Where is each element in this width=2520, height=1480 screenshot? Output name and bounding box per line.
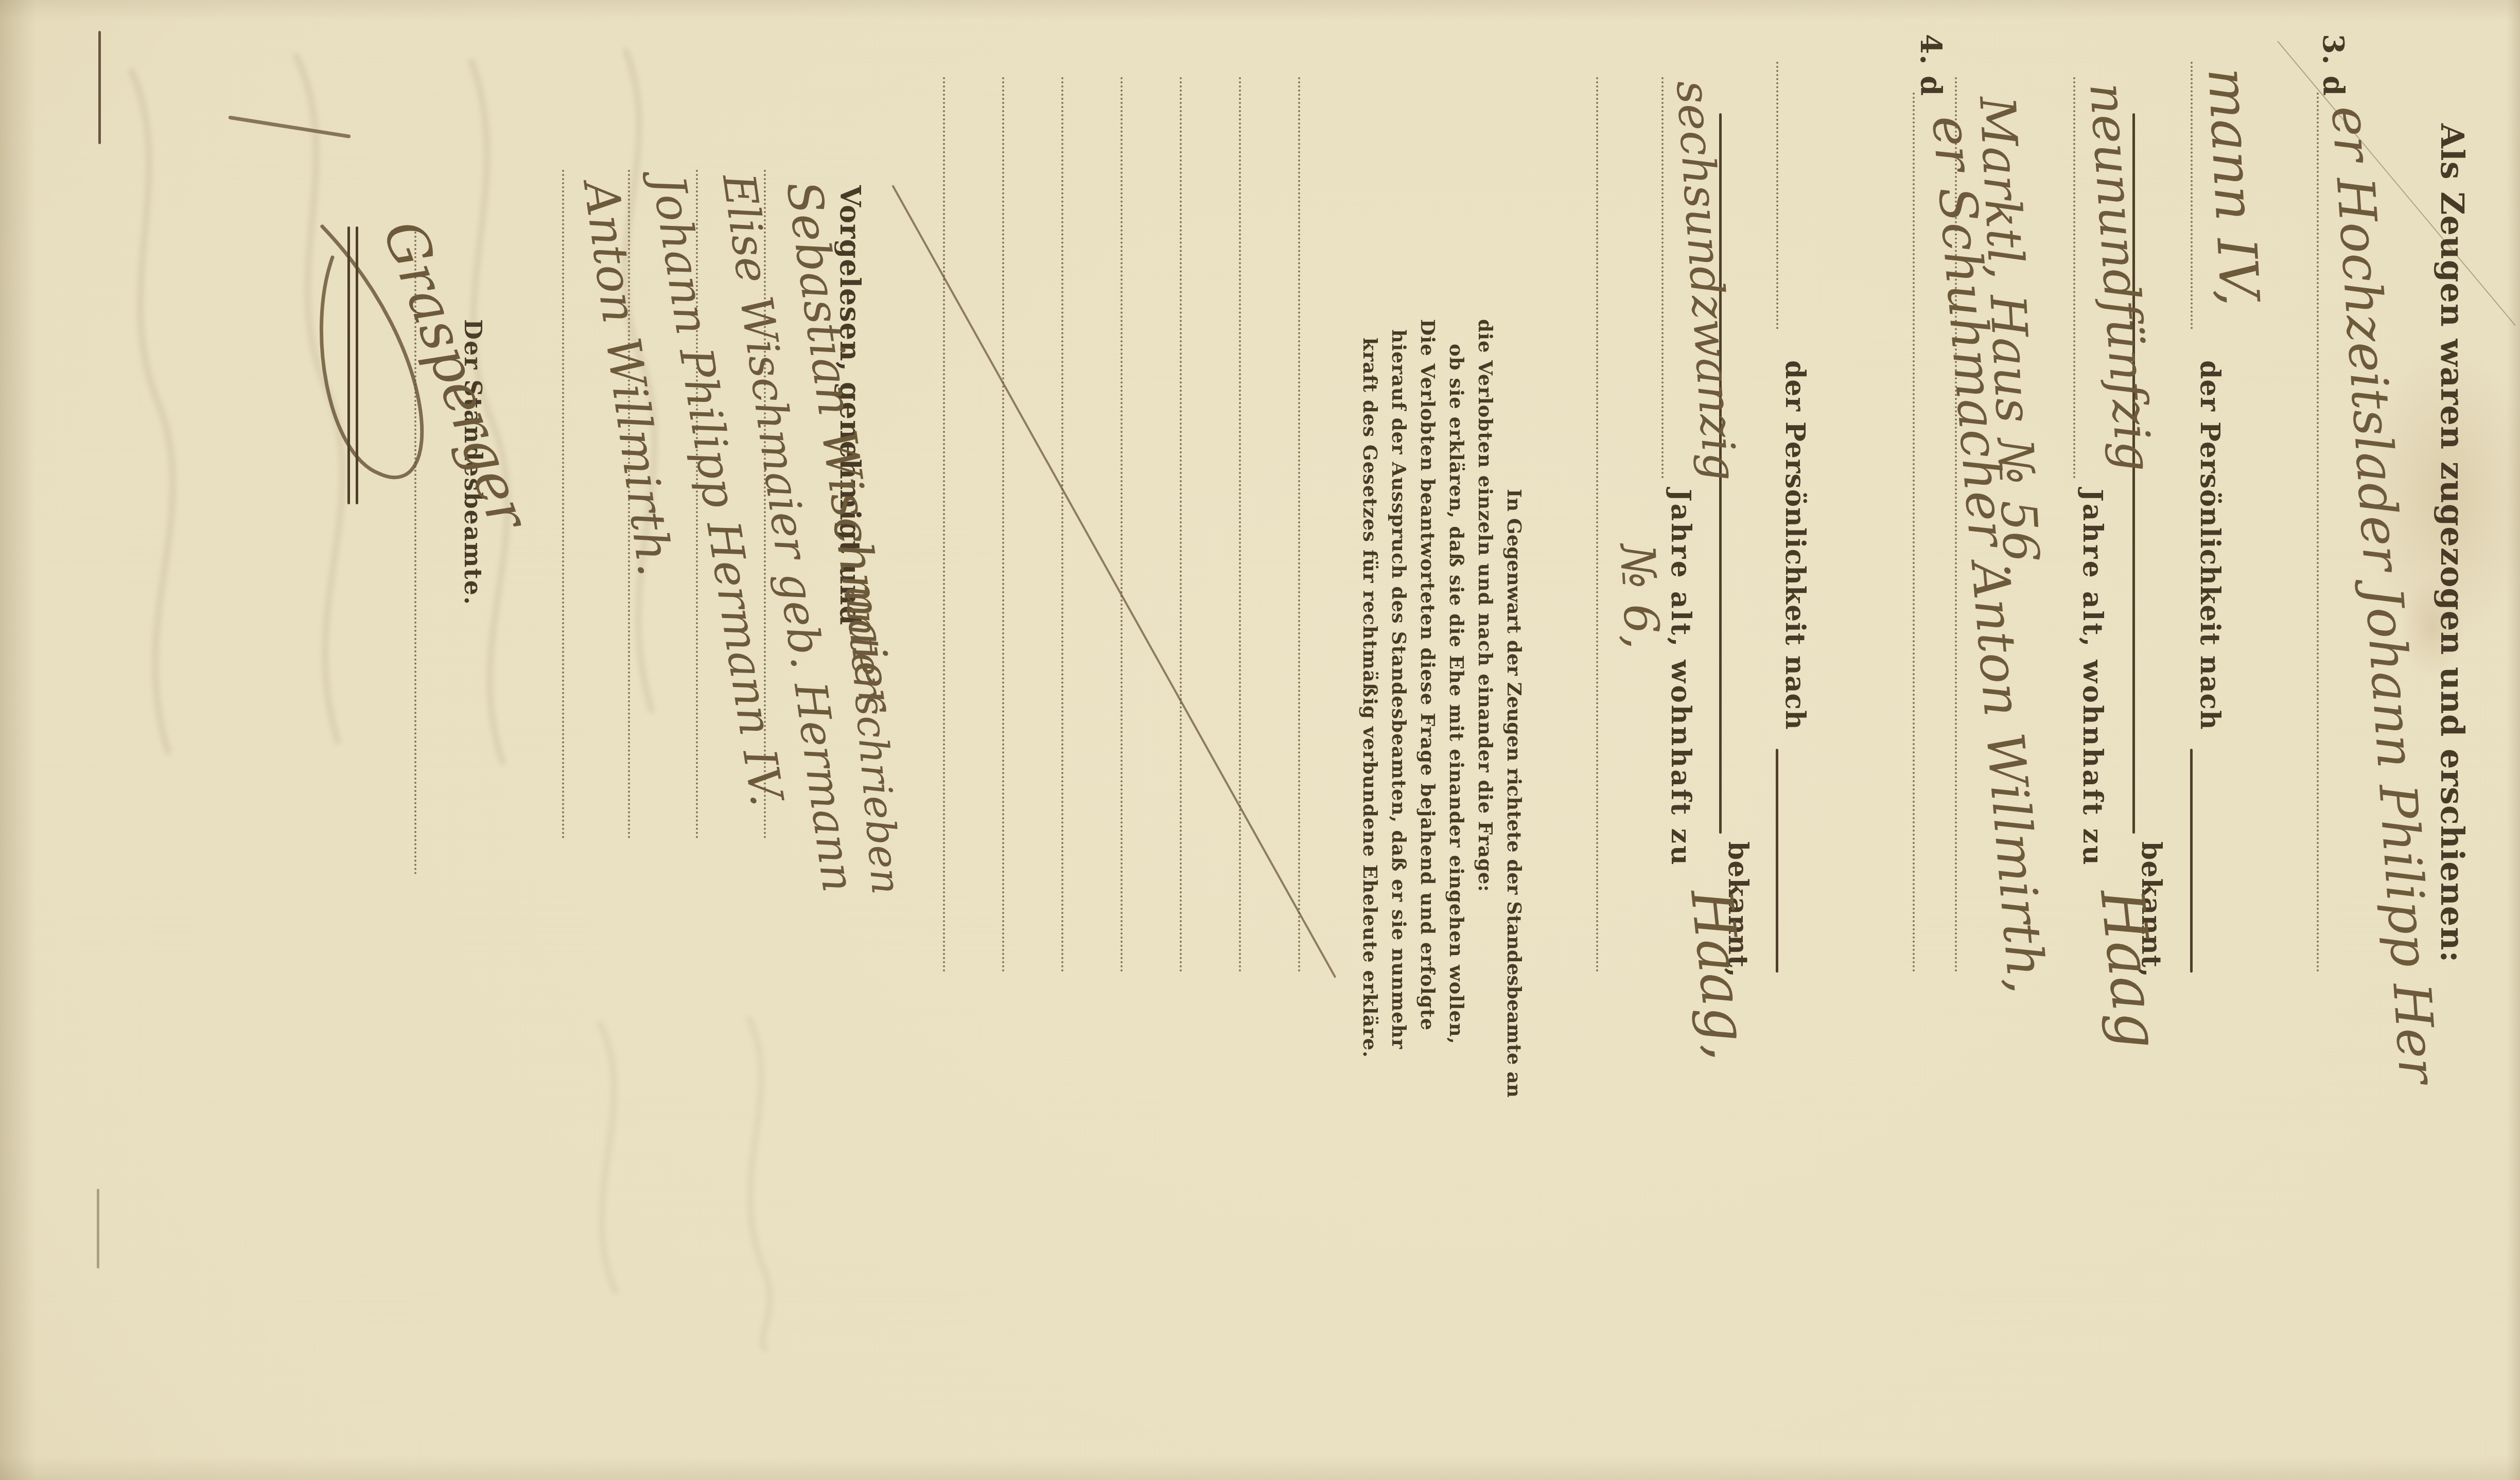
witness4-age-label: Jahre alt, wohnhaft zu: [1665, 489, 1696, 867]
foot-mark-right: [97, 1189, 99, 1268]
witness3-age-handwriting: neunundfünfzig: [2078, 81, 2162, 473]
document-page: Als Zeugen waren zugezogen und erschiene…: [0, 0, 2520, 1480]
cancellation-slash: [891, 185, 1336, 978]
bleedthrough-ghost-left: [44, 31, 688, 803]
paragraph-line-5: hierauf der Ausspruch des Standesbeamten…: [1388, 329, 1410, 1049]
witness4-place-rule: [1596, 77, 1598, 973]
paragraph-line-3: ob sie erklären, daß sie die Ehe mit ein…: [1445, 344, 1468, 1045]
scanned-register-page: Als Zeugen waren zugezogen und erschiene…: [0, 0, 2520, 1480]
bleedthrough-ghost-right: [435, 1003, 796, 1364]
witness4-number: 4. d: [1914, 34, 1948, 96]
paragraph-line-1: In Gegenwart der Zeugen richtete der Sta…: [1503, 489, 1526, 1098]
witness3-age-rule: [2073, 77, 2075, 479]
witness4-line2-rule: [1776, 62, 1778, 329]
witness4-place2-handwriting: № 6,: [1609, 542, 1670, 650]
blank-rule-5: [1061, 77, 1063, 973]
blank-rule-6: [1002, 77, 1004, 973]
witness3-line1-rule: [2317, 93, 2319, 973]
paragraph-line-2: die Verlobten einzeln und nach einander …: [1474, 319, 1497, 892]
pen-hairline: [2277, 41, 2515, 326]
blank-rule-1: [1298, 77, 1300, 973]
blank-rule-2: [1239, 77, 1241, 973]
witness4-age-handwriting: sechsundzwanzig: [1666, 79, 1747, 483]
witness4-person-label: der Persönlichkeit nach: [1779, 360, 1811, 730]
paragraph-line-6: kraft des Gesetzes für rechtmäßig verbun…: [1359, 338, 1381, 1058]
witness3-number: 3. d: [2316, 34, 2350, 96]
witness3-name-continuation: mann IV,: [2196, 66, 2271, 308]
witness4-age-rule: [1661, 77, 1664, 479]
witness3-name-handwriting: er Hochzeitslader Johann Philipp Her: [2320, 104, 2448, 1085]
witness4-line2-fill-rule: [1776, 749, 1778, 973]
witness4-line1-rule: [1913, 93, 1915, 973]
witness3-age-label: Jahre alt, wohnhaft zu: [2077, 489, 2108, 867]
blank-rule-3: [1180, 77, 1182, 973]
blank-rule-4: [1121, 77, 1123, 973]
section-title: Als Zeugen waren zugezogen und erschiene…: [2434, 124, 2471, 963]
witness3-line2-fill-rule: [2190, 749, 2193, 973]
blank-rule-7: [943, 77, 945, 973]
witness3-person-label: der Persönlichkeit nach: [2194, 360, 2226, 730]
paragraph-line-4: Die Verlobten beantworteten diese Frage …: [1416, 319, 1439, 1031]
witness3-line2-rule: [2191, 62, 2193, 329]
